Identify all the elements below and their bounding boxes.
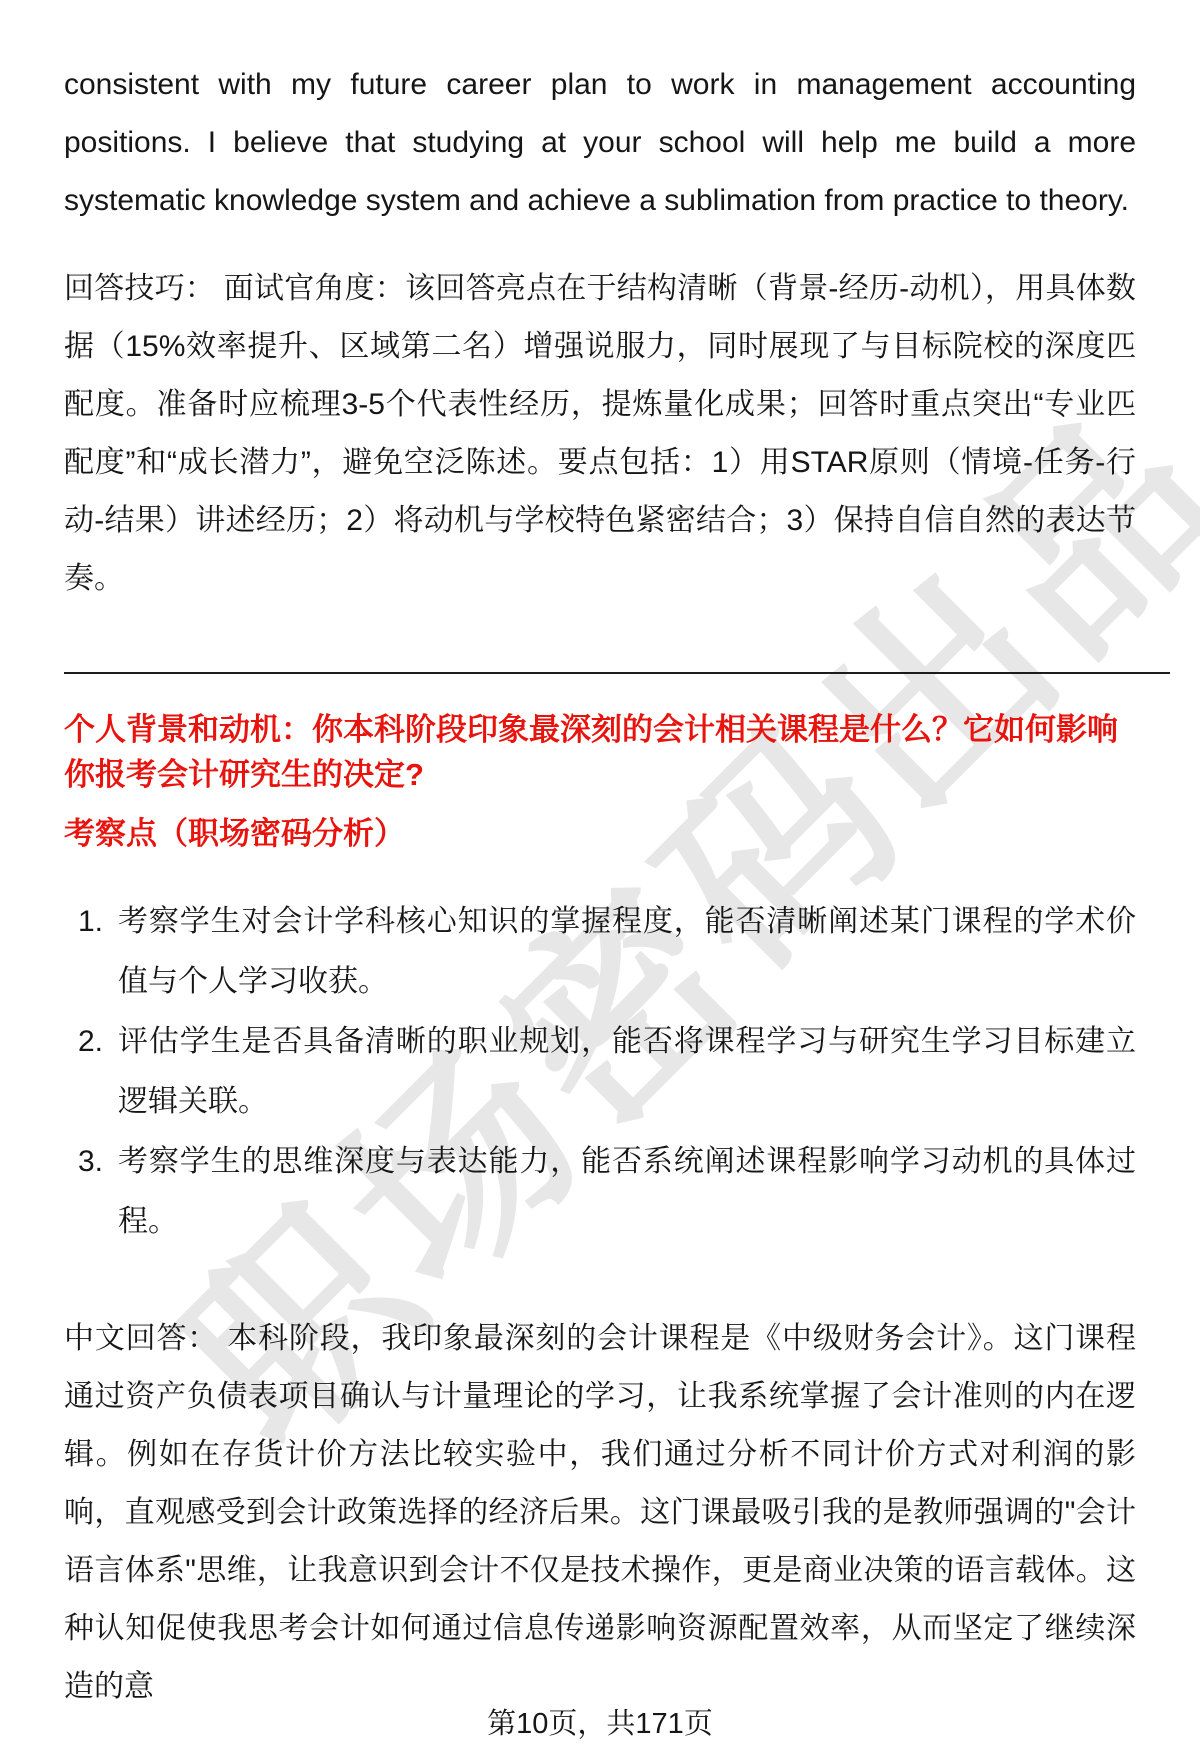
list-item-text: 考察学生的思维深度与表达能力，能否系统阐述课程影响学习动机的具体过程。 [118,1132,1136,1252]
exam-points-list: 1. 考察学生对会计学科核心知识的掌握程度，能否清晰阐述某门课程的学术价值与个人… [64,892,1136,1252]
list-item-text: 考察学生对会计学科核心知识的掌握程度，能否清晰阐述某门课程的学术价值与个人学习收… [118,892,1136,1012]
page-content: consistent with my future career plan to… [0,0,1200,1716]
english-paragraph: consistent with my future career plan to… [64,0,1136,230]
exam-points-heading: 考察点（职场密码分析） [64,811,1136,856]
list-item-number: 1. [78,892,118,1012]
list-item-number: 3. [78,1132,118,1252]
list-item-number: 2. [78,1012,118,1132]
document-page: 职场密码出品 consistent with my future career … [0,0,1200,1755]
question-heading: 个人背景和动机：你本科阶段印象最深刻的会计相关课程是什么？它如何影响你报考会计研… [64,707,1136,797]
exam-point-item-1: 1. 考察学生对会计学科核心知识的掌握程度，能否清晰阐述某门课程的学术价值与个人… [64,892,1136,1012]
page-footer: 第10页，共171页 [0,1707,1200,1741]
section-divider [64,672,1170,674]
exam-point-item-3: 3. 考察学生的思维深度与表达能力，能否系统阐述课程影响学习动机的具体过程。 [64,1132,1136,1252]
chinese-answer-paragraph: 中文回答： 本科阶段，我印象最深刻的会计课程是《中级财务会计》。这门课程通过资产… [64,1310,1136,1716]
exam-point-item-2: 2. 评估学生是否具备清晰的职业规划，能否将课程学习与研究生学习目标建立逻辑关联… [64,1012,1136,1132]
answer-tips-paragraph: 回答技巧： 面试官角度：该回答亮点在于结构清晰（背景-经历-动机），用具体数据（… [64,260,1136,608]
list-item-text: 评估学生是否具备清晰的职业规划，能否将课程学习与研究生学习目标建立逻辑关联。 [118,1012,1136,1132]
